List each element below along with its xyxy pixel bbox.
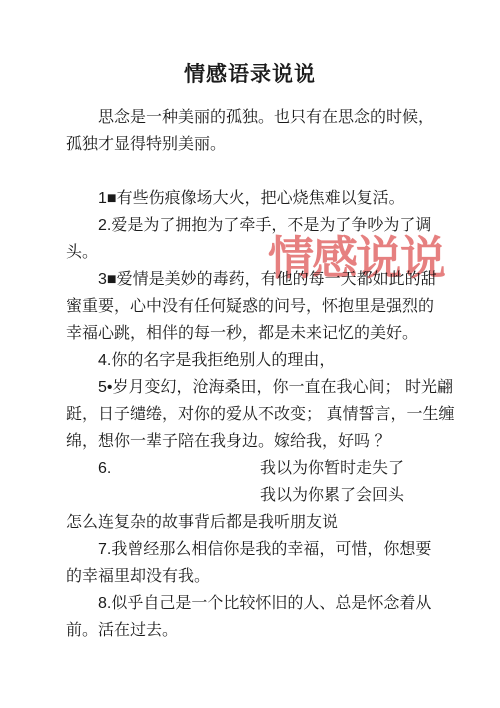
text-line: 6.我以为你暂时走失了 [66,455,434,482]
text-line: 思念是一种美丽的孤独。也只有在思念的时候， [66,104,434,131]
text-line: 我以为你累了会回头 [66,482,434,509]
text-line: 跹，日子缱绻，对你的爱从不改变； 真情誓言，一生缠 [66,401,434,428]
text-line: 头。 [66,239,434,266]
text-line: 蜜重要，心中没有任何疑惑的问号，怀抱里是强烈的 [66,293,434,320]
document-page: 情感说说 情感语录说说 思念是一种美丽的孤独。也只有在思念的时候，孤独才显得特别… [0,0,500,708]
text-line: 3■爱情是美妙的毒药，有他的每一天都如此的甜 [66,266,434,293]
text-line: 7.我曾经那么相信你是我的幸福，可惜，你想要 [66,536,434,563]
text-line: 2.爱是为了拥抱为了牵手，不是为了争吵为了调 [66,212,434,239]
text-line: 5•岁月变幻，沧海桑田，你一直在我心间； 时光翩 [66,374,434,401]
text-line: 孤独才显得特别美丽。 [66,131,434,158]
text-line: 前。活在过去。 [66,617,434,644]
text-line: 1■有些伤痕像场大火，把心烧焦难以复活。 [66,185,434,212]
text-body: 思念是一种美丽的孤独。也只有在思念的时候，孤独才显得特别美丽。1■有些伤痕像场大… [66,104,434,644]
text-line: 幸福心跳，相伴的每一秒，都是未来记忆的美好。 [66,320,434,347]
document-content: 情感语录说说 思念是一种美丽的孤独。也只有在思念的时候，孤独才显得特别美丽。1■… [0,0,500,644]
page-title: 情感语录说说 [66,60,434,90]
text-line: 绵，想你一辈子陪在我身边。嫁给我，好吗 ？ [66,428,434,455]
item-number: 6. [98,455,111,482]
text-line: 的幸福里却没有我。 [66,563,434,590]
text-line: 怎么连复杂的故事背后都是我听朋友说 [66,509,434,536]
poem-line: 我以为你暂时走失了 [260,455,434,482]
text-line: 4.你的名字是我拒绝别人的理由， [66,347,434,374]
blank-line [66,158,434,185]
text-line: 8.似乎自己是一个比较怀旧的人、总是怀念着从 [66,590,434,617]
